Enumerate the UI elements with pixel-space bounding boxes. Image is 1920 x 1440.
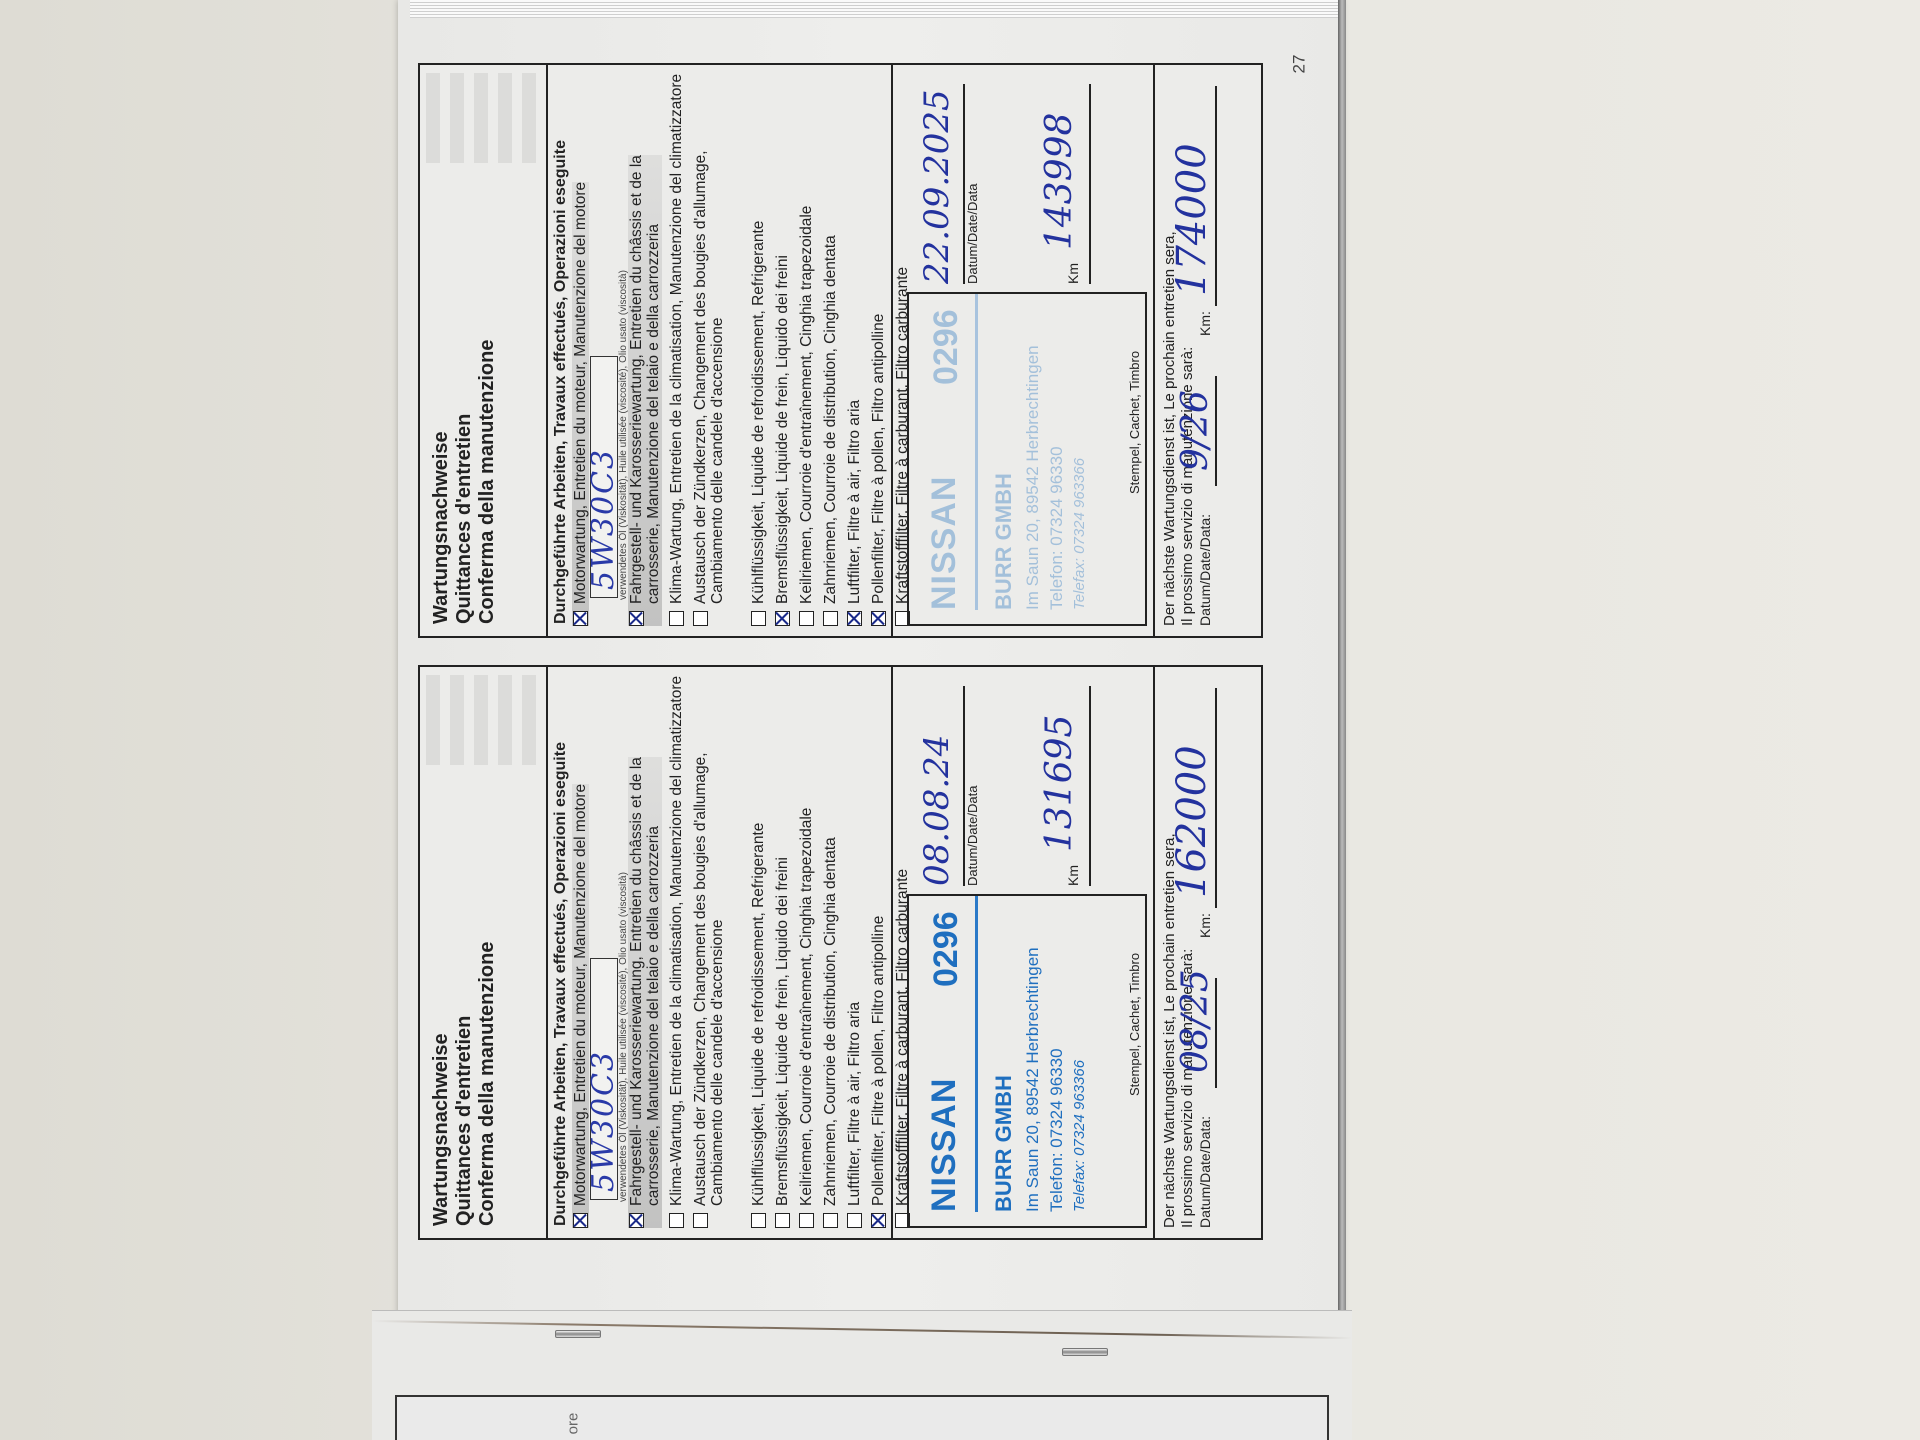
service-form: Wartungsnachweise Quittances d'entretien…: [418, 63, 1263, 638]
checklist-item: Kühlflüssigkeit, Liquide de refroidissem…: [750, 823, 767, 1228]
checkbox-unchecked[interactable]: [693, 611, 708, 626]
form-header: Wartungsnachweise Quittances d'entretien…: [420, 65, 548, 636]
checklist-item: Keilriemen, Courroie d'entraînement, Cin…: [798, 206, 815, 626]
service-form: Wartungsnachweise Quittances d'entretien…: [418, 665, 1263, 1240]
item-label-line1: Pollenfilter, Filtre à pollen, Filtro an…: [870, 314, 887, 604]
item-label-line1: Bremsflüssigkeit, Liquide de frein, Liqu…: [774, 857, 791, 1206]
km-label: Km: [1065, 263, 1081, 284]
km-field[interactable]: [1089, 84, 1091, 284]
checklist-item-label: Keilriemen, Courroie d'entraînement, Cin…: [798, 808, 815, 1206]
next-service-text-it: Il prossimo servizio di manutenzione sar…: [1179, 347, 1196, 626]
checklist-item-label: Klima-Wartung, Entretien de la climatisa…: [668, 74, 685, 604]
km-value: 131695: [1039, 715, 1080, 852]
checklist-item: Pollenfilter, Filtre à pollen, Filtro an…: [870, 916, 887, 1228]
item-label-line1: Kühlflüssigkeit, Liquide de refroidissem…: [750, 221, 767, 604]
checklist-item: Luftfilter, Filtre à air, Filtro aria: [846, 1002, 863, 1228]
stamp-phone: Telefon: 07324 96330: [1047, 1048, 1067, 1212]
item-label-line1: Fahrgestell- und Karosseriewartung, Entr…: [628, 757, 645, 1206]
checklist-item: Motorwartung, Entretien du moteur, Manut…: [572, 784, 589, 1228]
next-service-section: Der nächste Wartungsdienst ist, Le proch…: [1153, 65, 1265, 636]
dealer-stamp: NISSAN 0296 BURR GMBH Im Saun 20, 89542 …: [925, 292, 964, 610]
next-km-value: 174000: [1169, 143, 1215, 296]
works-section: Durchgeführte Arbeiten, Travaux effectué…: [546, 667, 891, 1238]
item-label-line1: Keilriemen, Courroie d'entraînement, Cin…: [798, 808, 815, 1206]
item-label-line2: Cambiamento delle candele d'accensione: [709, 920, 726, 1206]
checkbox-checked[interactable]: [871, 1213, 886, 1228]
stamp-fax: Telefax: 07324 963366: [1071, 458, 1088, 610]
page-number: 27: [1289, 55, 1309, 74]
stamp-phone: Telefon: 07324 96330: [1047, 446, 1067, 610]
checkbox-unchecked[interactable]: [693, 1213, 708, 1228]
stamp-caption: Stempel, Cachet, Timbro: [1127, 953, 1142, 1096]
checklist-item: Fahrgestell- und Karosseriewartung, Entr…: [628, 757, 662, 1228]
checklist-item-label: Zahnriemen, Courroie de distribution, Ci…: [822, 837, 839, 1206]
next-date-field[interactable]: [1215, 376, 1217, 486]
item-label-line1: Luftfilter, Filtre à air, Filtro aria: [846, 1002, 863, 1206]
stamp-company: BURR GMBH: [991, 1075, 1017, 1212]
checkbox-checked[interactable]: [847, 611, 862, 626]
next-km-label: Km:: [1197, 311, 1213, 336]
item-label-line1: Fahrgestell- und Karosseriewartung, Entr…: [628, 155, 645, 604]
date-label: Datum/Date/Data: [965, 184, 980, 284]
checklist-item-label: Bremsflüssigkeit, Liquide de frein, Liqu…: [774, 255, 791, 604]
item-label-line1: Luftfilter, Filtre à air, Filtro aria: [846, 400, 863, 604]
checklist-item: Keilriemen, Courroie d'entraînement, Cin…: [798, 808, 815, 1228]
checkbox-unchecked[interactable]: [823, 611, 838, 626]
km-field[interactable]: [1089, 686, 1091, 886]
checklist-item: Austausch der Zündkerzen, Changement des…: [692, 752, 726, 1228]
checkbox-checked[interactable]: [573, 611, 588, 626]
next-km-label: Km:: [1197, 913, 1213, 938]
stamp-section: NISSAN 0296 BURR GMBH Im Saun 20, 89542 …: [893, 667, 1153, 1238]
checklist-item: Bremsflüssigkeit, Liquide de frein, Liqu…: [774, 857, 791, 1228]
item-label-line1: Austausch der Zündkerzen, Changement des…: [692, 752, 709, 1206]
next-service-section: Der nächste Wartungsdienst ist, Le proch…: [1153, 667, 1265, 1238]
item-label-line1: Austausch der Zündkerzen, Changement des…: [692, 150, 709, 604]
checklist-item: Motorwartung, Entretien du moteur, Manut…: [572, 182, 589, 626]
oil-viscosity-value: 5W30C3: [586, 1050, 621, 1192]
item-label-line1: Klima-Wartung, Entretien de la climatisa…: [668, 676, 685, 1206]
next-date-label: Datum/Date/Data:: [1197, 514, 1213, 626]
stamp-company: BURR GMBH: [991, 473, 1017, 610]
service-date-value: 22.09.2025: [917, 89, 957, 284]
checkbox-unchecked[interactable]: [775, 1213, 790, 1228]
checkbox-unchecked[interactable]: [751, 611, 766, 626]
checklist-item: Pollenfilter, Filtre à pollen, Filtro an…: [870, 314, 887, 626]
item-label-line1: Zahnriemen, Courroie de distribution, Ci…: [822, 837, 839, 1206]
checklist-item-label: Luftfilter, Filtre à air, Filtro aria: [846, 1002, 863, 1206]
next-date-value: 08/25: [1175, 969, 1216, 1073]
checklist-item-label: Kühlflüssigkeit, Liquide de refroidissem…: [750, 221, 767, 604]
checklist-item-label: Kühlflüssigkeit, Liquide de refroidissem…: [750, 823, 767, 1206]
service-date-value: 08.08.24: [917, 735, 957, 886]
checklist-item: Austausch der Zündkerzen, Changement des…: [692, 150, 726, 626]
stamp-section: NISSAN 0296 BURR GMBH Im Saun 20, 89542 …: [893, 65, 1153, 636]
item-label-line1: Keilriemen, Courroie d'entraînement, Cin…: [798, 206, 815, 604]
item-label-line1: Zahnriemen, Courroie de distribution, Ci…: [822, 235, 839, 604]
checklist-item: Zahnriemen, Courroie de distribution, Ci…: [822, 235, 839, 626]
checklist-item-label: Austausch der Zündkerzen, Changement des…: [692, 752, 726, 1206]
checklist-item: Klima-Wartung, Entretien de la climatisa…: [668, 74, 685, 626]
page-stack-edge: [410, 0, 1340, 18]
checklist-item: Bremsflüssigkeit, Liquide de frein, Liqu…: [774, 255, 791, 626]
next-km-field[interactable]: [1215, 86, 1217, 306]
checkbox-unchecked[interactable]: [847, 1213, 862, 1228]
item-label-line1: Motorwartung, Entretien du moteur, Manut…: [572, 784, 589, 1206]
stamp-box: NISSAN 0296 BURR GMBH Im Saun 20, 89542 …: [907, 292, 1147, 626]
next-date-field[interactable]: [1215, 978, 1217, 1088]
checkbox-unchecked[interactable]: [823, 1213, 838, 1228]
checkbox-checked[interactable]: [871, 611, 886, 626]
checklist-item: Kühlflüssigkeit, Liquide de refroidissem…: [750, 221, 767, 626]
km-value: 143998: [1039, 113, 1080, 250]
form-header: Wartungsnachweise Quittances d'entretien…: [420, 667, 548, 1238]
item-label-line2: carrosserie, Manutenzione del telaio e d…: [645, 826, 662, 1206]
checklist-item-label: Pollenfilter, Filtre à pollen, Filtro an…: [870, 916, 887, 1206]
next-date-label: Datum/Date/Data:: [1197, 1116, 1213, 1228]
checklist-item: Fahrgestell- und Karosseriewartung, Entr…: [628, 155, 662, 626]
staple-top: [555, 1330, 601, 1338]
booklet-edge: [1338, 0, 1346, 1440]
next-date-value: 9/26: [1175, 390, 1216, 471]
item-label-line1: Motorwartung, Entretien du moteur, Manut…: [572, 182, 589, 604]
checklist-item: Zahnriemen, Courroie de distribution, Ci…: [822, 837, 839, 1228]
item-label-line1: Klima-Wartung, Entretien de la climatisa…: [668, 74, 685, 604]
stamp-dealer-code: 0296: [927, 309, 966, 385]
checkbox-unchecked[interactable]: [669, 611, 684, 626]
staple-bottom: [1062, 1348, 1108, 1356]
item-label-line1: Kühlflüssigkeit, Liquide de refroidissem…: [750, 823, 767, 1206]
stamp-address: Im Saun 20, 89542 Herbrechtingen: [1023, 345, 1043, 610]
checkbox-checked[interactable]: [629, 611, 644, 626]
checkbox-checked[interactable]: [775, 611, 790, 626]
checklist-item: Luftfilter, Filtre à air, Filtro aria: [846, 400, 863, 626]
stamp-address: Im Saun 20, 89542 Herbrechtingen: [1023, 947, 1043, 1212]
item-label-line2: Cambiamento delle candele d'accensione: [709, 318, 726, 604]
previous-form-fragment: ore: [395, 1395, 1329, 1440]
stamp-rule: [975, 896, 978, 1212]
stamp-rule: [975, 294, 978, 610]
checkbox-checked[interactable]: [629, 1213, 644, 1228]
previous-form-text: ore: [564, 1413, 581, 1435]
works-heading: Durchgeführte Arbeiten, Travaux effectué…: [552, 140, 570, 624]
km-label: Km: [1065, 865, 1081, 886]
oil-viscosity-value: 5W30C3: [586, 448, 621, 590]
item-label-line1: Bremsflüssigkeit, Liquide de frein, Liqu…: [774, 255, 791, 604]
date-label: Datum/Date/Data: [965, 786, 980, 886]
checklist-item-label: Fahrgestell- und Karosseriewartung, Entr…: [628, 757, 662, 1206]
works-section: Durchgeführte Arbeiten, Travaux effectué…: [546, 65, 891, 636]
stamp-dealer-code: 0296: [927, 911, 966, 987]
stamp-caption: Stempel, Cachet, Timbro: [1127, 351, 1142, 494]
checkbox-unchecked[interactable]: [669, 1213, 684, 1228]
works-heading: Durchgeführte Arbeiten, Travaux effectué…: [552, 742, 570, 1226]
checklist-item-label: Motorwartung, Entretien du moteur, Manut…: [572, 182, 589, 604]
checklist-item-label: Bremsflüssigkeit, Liquide de frein, Liqu…: [774, 857, 791, 1206]
item-label-line1: Pollenfilter, Filtre à pollen, Filtro an…: [870, 916, 887, 1206]
next-km-field[interactable]: [1215, 688, 1217, 908]
next-km-value: 162000: [1169, 745, 1215, 898]
checklist-item-label: Zahnriemen, Courroie de distribution, Ci…: [822, 235, 839, 604]
bleed-through: [426, 675, 536, 765]
dealer-stamp: NISSAN 0296 BURR GMBH Im Saun 20, 89542 …: [925, 894, 964, 1212]
stamp-box: NISSAN 0296 BURR GMBH Im Saun 20, 89542 …: [907, 894, 1147, 1228]
checkbox-unchecked[interactable]: [799, 1213, 814, 1228]
checklist-item-label: Klima-Wartung, Entretien de la climatisa…: [668, 676, 685, 1206]
checklist-item-label: Keilriemen, Courroie d'entraînement, Cin…: [798, 206, 815, 604]
checklist-item-label: Austausch der Zündkerzen, Changement des…: [692, 150, 726, 604]
checkbox-checked[interactable]: [573, 1213, 588, 1228]
stamp-fax: Telefax: 07324 963366: [1071, 1060, 1088, 1212]
checklist-item-label: Motorwartung, Entretien du moteur, Manut…: [572, 784, 589, 1206]
checklist-item-label: Fahrgestell- und Karosseriewartung, Entr…: [628, 155, 662, 604]
checklist-item-label: Pollenfilter, Filtre à pollen, Filtro an…: [870, 314, 887, 604]
item-label-line2: carrosserie, Manutenzione del telaio e d…: [645, 224, 662, 604]
checkbox-unchecked[interactable]: [751, 1213, 766, 1228]
checklist-item: Klima-Wartung, Entretien de la climatisa…: [668, 676, 685, 1228]
checkbox-unchecked[interactable]: [799, 611, 814, 626]
checklist-item-label: Luftfilter, Filtre à air, Filtro aria: [846, 400, 863, 604]
bleed-through: [426, 73, 536, 163]
